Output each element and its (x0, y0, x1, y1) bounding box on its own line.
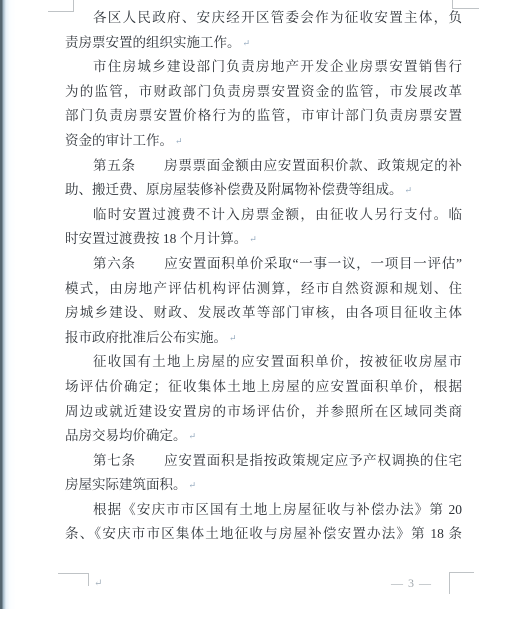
paragraph-return-icon: ↵ (243, 38, 251, 48)
text-boundary-mark-bottom-left (58, 573, 89, 586)
text-line: 资金的审计工作。↵ (65, 129, 462, 154)
text-line: 条、《安庆市市区集体土地征收与房屋补偿安置办法》第 18 条 (65, 522, 462, 547)
text-line: 根据《安庆市市区国有土地上房屋征收与补偿办法》第 20 (65, 498, 462, 523)
document-body: 各区人民政府、安庆经开区管委会作为征收安置主体，负责房票安置的组织实施工作。↵市… (65, 6, 462, 547)
paragraph-return-icon: ↵ (94, 578, 102, 589)
paragraph-return-icon: ↵ (229, 333, 237, 343)
text-line: 第七条 应安置面积是指按政策规定应予产权调换的住宅 (65, 449, 462, 474)
text-line: 第六条 应安置面积单价采取“一事一议，一项目一评估” (65, 252, 462, 277)
paragraph-return-icon: ↵ (189, 431, 197, 441)
text-line: 责房票安置的组织实施工作。↵ (65, 31, 462, 56)
text-line: 各区人民政府、安庆经开区管委会作为征收安置主体，负 (65, 6, 462, 31)
text-line: 周边或就近建设安置房的市场评估价，并参照所在区域同类商 (65, 400, 462, 425)
paragraph-return-icon: ↵ (175, 136, 183, 146)
text-line: 场评估价确定；征收集体土地上房屋的应安置面积单价，根据 (65, 375, 462, 400)
page-number: — 3 — (391, 576, 451, 591)
document-page: 各区人民政府、安庆经开区管委会作为征收安置主体，负责房票安置的组织实施工作。↵市… (0, 0, 513, 617)
text-line: 为的监管，市财政部门负责房票安置资金的监管，市发展改革 (65, 80, 462, 105)
text-line: 临时安置过渡费不计入房票金额，由征收人另行支付。临 (65, 203, 462, 228)
paragraph-return-icon: ↵ (249, 234, 257, 244)
text-line: 房屋实际建筑面积。↵ (65, 473, 462, 498)
paragraph-return-icon: ↵ (405, 185, 413, 195)
scan-edge-shadow (0, 0, 16, 609)
text-line: 品房交易均价确定。↵ (65, 424, 462, 449)
text-line: 时安置过渡费按 18 个月计算。↵ (65, 227, 462, 252)
text-line: 部门负责房票安置价格行为的监管，市审计部门负责房票安置 (65, 104, 462, 129)
text-line: 助、搬迁费、原房屋装修补偿费及附属物补偿费等组成。↵ (65, 178, 462, 203)
text-line: 市住房城乡建设部门负责房地产开发企业房票安置销售行 (65, 55, 462, 80)
text-line: 模式，由房地产评估机构评估测算，经市自然资源和规划、住 (65, 277, 462, 302)
paragraph-return-icon: ↵ (189, 480, 197, 490)
text-boundary-mark-bottom-right (449, 572, 474, 594)
text-line: 征收国有土地上房屋的应安置面积单价，按被征收房屋市 (65, 350, 462, 375)
text-line: 第五条 房票票面金额由应安置面积价款、政策规定的补 (65, 154, 462, 179)
text-line: 报市政府批准后公布实施。↵ (65, 326, 462, 351)
text-line: 房城乡建设、财政、发展改革等部门审核，由各项目征收主体 (65, 301, 462, 326)
